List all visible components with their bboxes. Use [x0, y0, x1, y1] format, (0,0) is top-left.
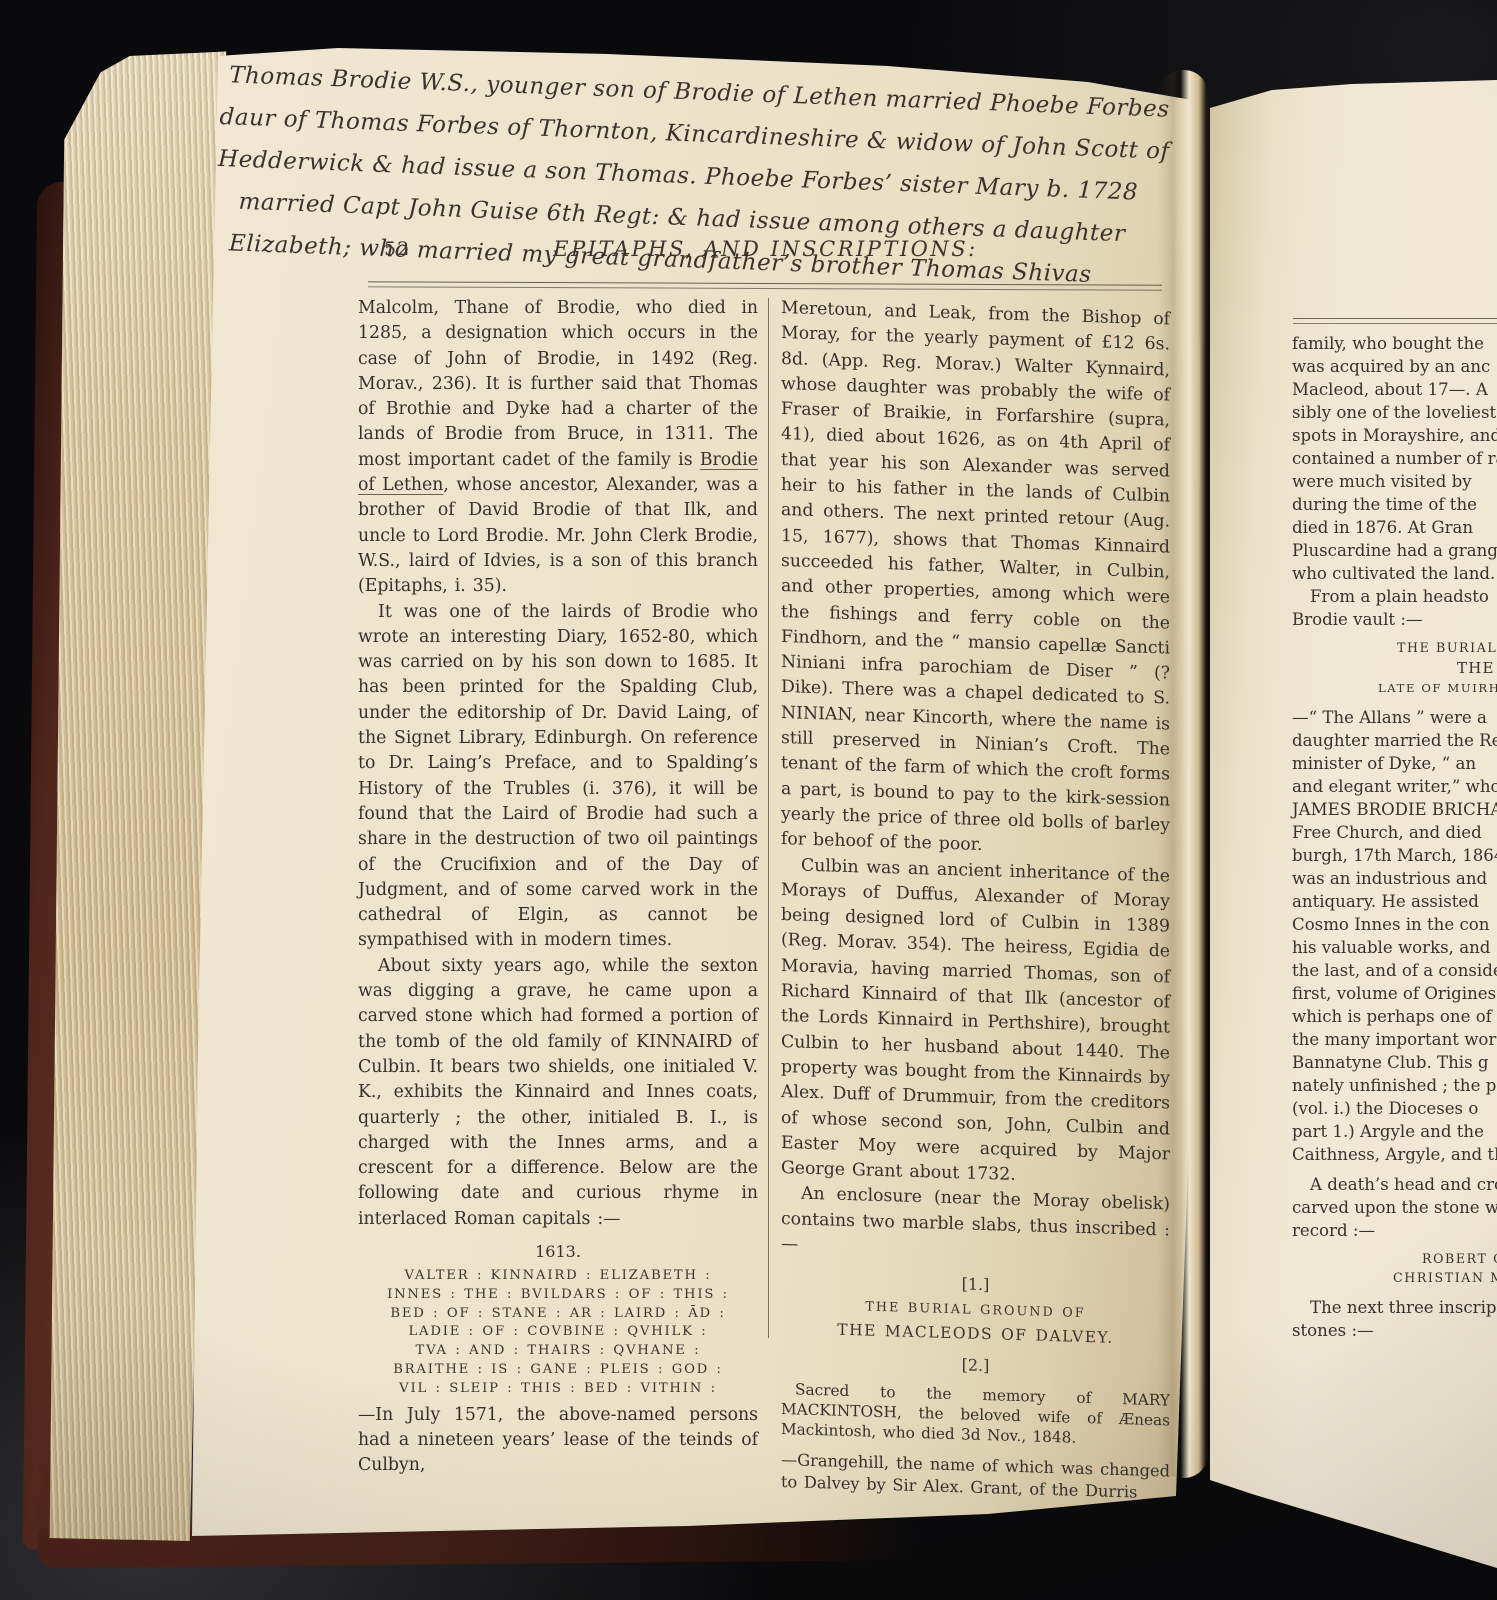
right-page-line: daughter married the Rev	[1292, 729, 1497, 752]
right-page-line: Caithness, Argyle, and the	[1292, 1143, 1497, 1166]
right-page-line: Bannatyne Club. This g	[1292, 1051, 1497, 1074]
inscription-line: BED : OF : STANE : AR : LAIRD : ĀD :	[358, 1305, 758, 1324]
running-title: EPITAPHS, AND INSCRIPTIONS:	[368, 232, 1163, 266]
right-page-line: during the time of the	[1292, 493, 1497, 516]
right-page-line: A death’s head and cros	[1292, 1173, 1497, 1196]
right-page-line: family, who bought the	[1292, 332, 1497, 355]
paragraph: It was one of the lairds of Brodie who w…	[358, 600, 758, 954]
slab-number: [1.]	[781, 1269, 1170, 1301]
right-page-line: was acquired by an anc	[1292, 355, 1497, 378]
slab-inscription-text: Sacred to the memory of MARY MACKINTOSH,…	[781, 1380, 1170, 1451]
right-page-line: CHRISTIAN MAWI	[1393, 1268, 1497, 1287]
right-page-line: contained a number of rar	[1292, 447, 1497, 470]
right-page-line: the many important wor	[1292, 1028, 1497, 1051]
inscription-line: INNES : THE : BVILDARS : OF : THIS :	[358, 1286, 758, 1305]
right-page-line: carved upon the stone wh	[1292, 1196, 1497, 1219]
right-page-line: —“ The Allans ” were a	[1292, 706, 1497, 729]
right-page-line: JAMES BRODIE BRICHAN,	[1292, 798, 1497, 821]
inscription-line: VALTER : KINNAIRD : ELIZABETH :	[358, 1267, 758, 1286]
right-page-line: part 1.) Argyle and the	[1292, 1120, 1497, 1143]
slab-number: [2.]	[781, 1350, 1170, 1382]
stone-inscription: 1613. VALTER : KINNAIRD : ELIZABETH :INN…	[358, 1240, 758, 1399]
right-page-line: which is perhaps one of	[1292, 1005, 1497, 1028]
right-page-line: LATE OF MUIRHA	[1378, 679, 1497, 697]
right-page-line: minister of Dyke, “ an	[1292, 752, 1497, 775]
right-page-line: antiquary. He assisted	[1292, 890, 1497, 913]
right-page-line: his valuable works, and	[1292, 936, 1497, 959]
paragraph: Culbin was an ancient inheritance of the…	[781, 853, 1170, 1193]
left-column: Malcolm, Thane of Brodie, who died in 12…	[358, 296, 758, 1478]
right-page-line: was an industrious and	[1292, 867, 1497, 890]
page-header: 52 EPITAPHS, AND INSCRIPTIONS:	[368, 232, 1163, 266]
right-page-line: sibly one of the loveliest	[1292, 401, 1497, 424]
right-column: Meretoun, and Leak, from the Bishop of M…	[781, 296, 1170, 1504]
right-page-line: and elegant writer,” who	[1292, 775, 1497, 798]
right-page-line: spots in Morayshire, and	[1292, 424, 1497, 447]
right-page-line: the last, and of a conside	[1292, 959, 1497, 982]
right-page-line: Free Church, and died	[1292, 821, 1497, 844]
inscription-line: LADIE : OF : COVBINE : QVHILK :	[358, 1323, 758, 1342]
right-page-line: first, volume of Origines	[1292, 982, 1497, 1005]
paragraph: —In July 1571, the above-named persons h…	[358, 1403, 758, 1479]
right-page-line: THE BURIAL	[1397, 638, 1497, 657]
inscription-date: 1613.	[358, 1240, 758, 1264]
right-page-line: Macleod, about 17—. A	[1292, 378, 1497, 401]
inscription-line: BRAITHE : IS : GANE : PLEIS : GOD :	[358, 1361, 758, 1380]
paragraph: Malcolm, Thane of Brodie, who died in 12…	[358, 296, 758, 600]
inscription-line: VIL : SLEIP : THIS : BED : VITHIN :	[358, 1380, 758, 1399]
column-divider-rule	[768, 298, 769, 1338]
paragraph-text: Malcolm, Thane of Brodie, who died in 12…	[358, 298, 758, 470]
right-page-line: Cosmo Innes in the con	[1292, 913, 1497, 936]
paragraph: Meretoun, and Leak, from the Bishop of M…	[781, 296, 1170, 864]
inscription-lines: VALTER : KINNAIRD : ELIZABETH :INNES : T…	[358, 1267, 758, 1399]
page-number: 52	[384, 238, 410, 260]
paragraph: An enclosure (near the Moray obelisk) co…	[781, 1181, 1170, 1268]
right-page-line: stones :—	[1292, 1319, 1497, 1342]
right-page-line: burgh, 17th March, 1864	[1292, 844, 1497, 867]
paragraph: About sixty years ago, while the sexton …	[358, 954, 758, 1232]
right-page-line: ROBERT CO	[1422, 1249, 1497, 1268]
right-page-line: From a plain headsto	[1292, 585, 1497, 608]
right-page-header-rule	[1293, 318, 1497, 324]
book-photo: Thomas Brodie W.S., younger son of Brodi…	[0, 0, 1497, 1600]
right-page-line: The next three inscrip	[1292, 1296, 1497, 1319]
right-page-line: nately unfinished ; the por	[1292, 1074, 1497, 1097]
right-page-line: Brodie vault :—	[1292, 608, 1497, 631]
right-page-line: were much visited by	[1292, 470, 1497, 493]
right-page-line: (vol. i.) the Dioceses o	[1292, 1097, 1497, 1120]
right-page-text: family, who bought thewas acquired by an…	[1292, 332, 1497, 1342]
right-page-line: died in 1876. At Gran	[1292, 516, 1497, 539]
inscription-line: TVA : AND : THAIRS : QVHANE :	[358, 1342, 758, 1361]
right-page-line: record :—	[1292, 1219, 1497, 1242]
slab-inscriptions: [1.] THE BURIAL GROUND OF THE MACLEODS O…	[781, 1269, 1170, 1382]
right-page-line: who cultivated the land.	[1292, 562, 1497, 585]
right-page-line: Pluscardine had a grange	[1292, 539, 1497, 562]
right-page-line: THE ALL	[1457, 657, 1497, 679]
